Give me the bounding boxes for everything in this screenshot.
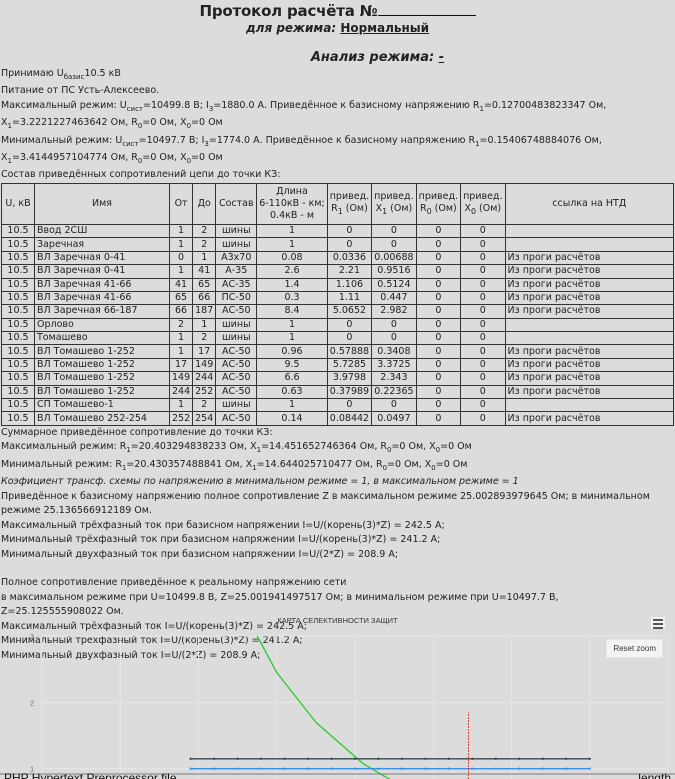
cell-r1: 1.106 xyxy=(327,278,371,291)
min-mode-line2: X1=3.4144957104774 Ом, R0=0 Ом, X0=0 Ом xyxy=(0,151,675,168)
cell-composition: АС-50 xyxy=(216,412,257,425)
col-name: Имя xyxy=(35,183,170,224)
cell-r0: 0 xyxy=(416,251,460,264)
cell-from: 2 xyxy=(170,318,193,331)
cell-name: ВЛ Заречная 0-41 xyxy=(35,265,170,278)
cell-to: 65 xyxy=(193,278,216,291)
cell-r0: 0 xyxy=(416,345,460,358)
cell-r1: 0 xyxy=(327,224,371,237)
cell-from: 1 xyxy=(170,399,193,412)
table-header-row: U, кВ Имя От До Состав Длина6-110кВ - км… xyxy=(2,183,674,224)
cell-x1: 0 xyxy=(372,238,416,251)
table-row: 10.5ВЛ Заречная 41-666566ПС-500.31.110.4… xyxy=(2,291,674,304)
cell-from: 1 xyxy=(170,345,193,358)
cell-x0: 0 xyxy=(461,291,505,304)
cell-length: 8.4 xyxy=(257,305,327,318)
mode-value: Нормальный xyxy=(340,21,429,35)
cell-to: 252 xyxy=(193,385,216,398)
cell-u: 10.5 xyxy=(2,412,35,425)
cell-composition: АС-50 xyxy=(216,345,257,358)
cell-u: 10.5 xyxy=(2,278,35,291)
chart-plot-area[interactable]: 123 xyxy=(0,612,675,779)
cell-length: 0.63 xyxy=(257,385,327,398)
mode-line: для режима: Нормальный xyxy=(0,21,675,36)
z-base-line1: Приведённое к базисному напряжению полно… xyxy=(0,490,675,505)
cell-name: Томашево xyxy=(35,332,170,345)
cell-x1: 0 xyxy=(372,332,416,345)
cell-x1: 0.00688 xyxy=(372,251,416,264)
cell-u: 10.5 xyxy=(2,372,35,385)
cell-to: 17 xyxy=(193,345,216,358)
cell-to: 66 xyxy=(193,291,216,304)
report-header: Протокол расчёта № для режима: Нормальны… xyxy=(0,1,675,67)
cell-composition: А3х70 xyxy=(216,251,257,264)
total-min-line: Минимальный режим: R1=20.430357488841 Ом… xyxy=(0,458,675,475)
cell-r0: 0 xyxy=(416,399,460,412)
cell-r1: 0.08442 xyxy=(327,412,371,425)
composition-label: Состав приведённых сопротивлений цепи до… xyxy=(0,168,675,183)
cell-x0: 0 xyxy=(461,238,505,251)
cell-r0: 0 xyxy=(416,224,460,237)
cell-composition: АС-50 xyxy=(216,372,257,385)
cell-to: 2 xyxy=(193,399,216,412)
cell-length: 1 xyxy=(257,332,327,345)
cell-length: 2.6 xyxy=(257,265,327,278)
cell-r1: 0 xyxy=(327,399,371,412)
real-z-line2: в максимальном режиме при U=10499.8 В, Z… xyxy=(0,591,675,606)
cell-x1: 0.9516 xyxy=(372,265,416,278)
total-max-line: Максимальный режим: R1=20.403294838233 О… xyxy=(0,440,675,457)
cell-to: 1 xyxy=(193,251,216,264)
cell-x0: 0 xyxy=(461,358,505,371)
cell-composition: АС-50 xyxy=(216,358,257,371)
cell-from: 1 xyxy=(170,332,193,345)
max-mode-line2: X1=3.2221227463642 Ом, R0=0 Ом, X0=0 Ом xyxy=(0,116,675,133)
cell-x1: 0.0497 xyxy=(372,412,416,425)
cell-x0: 0 xyxy=(461,372,505,385)
analysis-line: Анализ режима: - xyxy=(0,49,675,67)
cell-u: 10.5 xyxy=(2,265,35,278)
cell-ntd-ref xyxy=(505,332,673,345)
cell-name: ВЛ Томашево 1-252 xyxy=(35,358,170,371)
table-row: 10.5ВЛ Заречная 0-41141А-352.62.210.9516… xyxy=(2,265,674,278)
cell-r0: 0 xyxy=(416,332,460,345)
cell-length: 1 xyxy=(257,399,327,412)
analysis-value: - xyxy=(439,50,444,65)
cell-ntd-ref xyxy=(505,318,673,331)
cell-u: 10.5 xyxy=(2,238,35,251)
cell-to: 2 xyxy=(193,332,216,345)
cell-to: 149 xyxy=(193,358,216,371)
chart-title: КАРТА СЕЛЕКТИВНОСТИ ЗАЩИТ xyxy=(0,616,675,625)
cell-x1: 2.982 xyxy=(372,305,416,318)
selectivity-chart[interactable]: 123 КАРТА СЕЛЕКТИВНОСТИ ЗАЩИТ Reset zoom xyxy=(0,612,675,779)
table-row: 10.5ВЛ Заречная 66-18766187АС-508.45.065… xyxy=(2,305,674,318)
real-z-line1: Полное сопротивление приведённое к реаль… xyxy=(0,576,675,591)
cell-composition: А-35 xyxy=(216,265,257,278)
cell-from: 66 xyxy=(170,305,193,318)
table-row: 10.5ВЛ Томашево 1-252149244АС-506.63.979… xyxy=(2,372,674,385)
cell-r0: 0 xyxy=(416,238,460,251)
cell-name: СП Томашево-1 xyxy=(35,399,170,412)
cell-x1: 0 xyxy=(372,399,416,412)
cell-length: 0.96 xyxy=(257,345,327,358)
cell-x0: 0 xyxy=(461,305,505,318)
cell-r0: 0 xyxy=(416,265,460,278)
cell-to: 254 xyxy=(193,412,216,425)
cell-length: 0.14 xyxy=(257,412,327,425)
cell-ntd-ref xyxy=(505,399,673,412)
cell-x0: 0 xyxy=(461,412,505,425)
cell-to: 187 xyxy=(193,305,216,318)
cell-r1: 2.21 xyxy=(327,265,371,278)
cell-length: 0.3 xyxy=(257,291,327,304)
cell-u: 10.5 xyxy=(2,224,35,237)
table-row: 10.5ВЛ Заречная 0-4101А3х700.080.03360.0… xyxy=(2,251,674,264)
col-x1: привед.X1 (Ом) xyxy=(372,183,416,224)
cell-u: 10.5 xyxy=(2,305,35,318)
cell-x1: 0.3408 xyxy=(372,345,416,358)
cell-from: 0 xyxy=(170,251,193,264)
cell-r1: 5.0652 xyxy=(327,305,371,318)
cell-composition: шины xyxy=(216,238,257,251)
cell-ntd-ref: Из проги расчётов xyxy=(505,345,673,358)
supply-line: Питание от ПС Усть-Алексеево. xyxy=(0,84,675,99)
cell-composition: ПС-50 xyxy=(216,291,257,304)
min-mode-line1: Минимальный режим: Uсист=10497.7 В; I3=1… xyxy=(0,134,675,151)
cell-from: 65 xyxy=(170,291,193,304)
cell-r1: 0.37989 xyxy=(327,385,371,398)
cell-u: 10.5 xyxy=(2,358,35,371)
col-to: До xyxy=(193,183,216,224)
col-ntd-ref: ссылка на НТД xyxy=(505,183,673,224)
base-max-3ph: Максимальный трёхфазный ток при базисном… xyxy=(0,519,675,534)
cell-x1: 0 xyxy=(372,224,416,237)
table-row: 10.5Томашево12шины10000 xyxy=(2,332,674,345)
cell-to: 41 xyxy=(193,265,216,278)
col-length: Длина6-110кВ - км;0.4кВ - м xyxy=(257,183,327,224)
cell-name: ВЛ Томашево 1-252 xyxy=(35,345,170,358)
cell-r0: 0 xyxy=(416,278,460,291)
cell-from: 1 xyxy=(170,224,193,237)
cell-ntd-ref: Из проги расчётов xyxy=(505,358,673,371)
table-row: 10.5Заречная12шины10000 xyxy=(2,238,674,251)
cell-from: 1 xyxy=(170,238,193,251)
cell-composition: АС-35 xyxy=(216,278,257,291)
col-r1: привед.R1 (Ом) xyxy=(327,183,371,224)
cell-r0: 0 xyxy=(416,291,460,304)
cell-name: ВЛ Заречная 41-66 xyxy=(35,291,170,304)
cell-from: 244 xyxy=(170,385,193,398)
max-mode-line1: Максимальный режим: Uсист=10499.8 В; I3=… xyxy=(0,99,675,116)
cell-name: Ввод 2СШ xyxy=(35,224,170,237)
table-row: 10.5ВЛ Томашево 1-25217149АС-509.55.7285… xyxy=(2,358,674,371)
base-min-3ph: Минимальный трёхфазный ток при базисном … xyxy=(0,533,675,548)
cell-composition: шины xyxy=(216,224,257,237)
cell-u: 10.5 xyxy=(2,385,35,398)
cell-to: 2 xyxy=(193,224,216,237)
cell-ntd-ref: Из проги расчётов xyxy=(505,412,673,425)
cell-length: 1 xyxy=(257,318,327,331)
cell-x0: 0 xyxy=(461,345,505,358)
cell-length: 6.6 xyxy=(257,372,327,385)
cell-from: 149 xyxy=(170,372,193,385)
cell-composition: шины xyxy=(216,318,257,331)
cell-composition: шины xyxy=(216,399,257,412)
cell-r1: 0.0336 xyxy=(327,251,371,264)
cell-r0: 0 xyxy=(416,385,460,398)
cell-x0: 0 xyxy=(461,399,505,412)
table-row: 10.5ВЛ Томашево 1-252244252АС-500.630.37… xyxy=(2,385,674,398)
cell-length: 1 xyxy=(257,224,327,237)
cell-x1: 3.3725 xyxy=(372,358,416,371)
cell-name: ВЛ Заречная 66-187 xyxy=(35,305,170,318)
cell-x1: 2.343 xyxy=(372,372,416,385)
cell-from: 41 xyxy=(170,278,193,291)
cell-r1: 0.57888 xyxy=(327,345,371,358)
cell-x0: 0 xyxy=(461,224,505,237)
z-base-line2: режиме 25.136566912189 Ом. xyxy=(0,504,675,519)
cell-x0: 0 xyxy=(461,332,505,345)
cell-length: 1 xyxy=(257,238,327,251)
cell-r1: 0 xyxy=(327,238,371,251)
col-x0: привед.X0 (Ом) xyxy=(461,183,505,224)
cell-u: 10.5 xyxy=(2,332,35,345)
page-title: Протокол расчёта № xyxy=(0,1,675,21)
cell-name: ВЛ Томашево 1-252 xyxy=(35,385,170,398)
cell-to: 2 xyxy=(193,238,216,251)
cell-name: ВЛ Томашево 1-252 xyxy=(35,372,170,385)
cell-ntd-ref: Из проги расчётов xyxy=(505,265,673,278)
cell-x1: 0.22365 xyxy=(372,385,416,398)
cell-ntd-ref: Из проги расчётов xyxy=(505,385,673,398)
cell-x0: 0 xyxy=(461,385,505,398)
total-label: Суммарное приведённое сопротивление до т… xyxy=(0,426,675,441)
cell-ntd-ref xyxy=(505,224,673,237)
transform-coef: Коэфициент трансф. схемы по напряжению в… xyxy=(0,475,675,490)
cell-x0: 0 xyxy=(461,318,505,331)
cell-name: Заречная xyxy=(35,238,170,251)
col-u: U, кВ xyxy=(2,183,35,224)
cell-r0: 0 xyxy=(416,358,460,371)
table-row: 10.5СП Томашево-112шины10000 xyxy=(2,399,674,412)
cell-r0: 0 xyxy=(416,372,460,385)
cell-u: 10.5 xyxy=(2,291,35,304)
cell-x0: 0 xyxy=(461,251,505,264)
cell-r0: 0 xyxy=(416,412,460,425)
cell-x0: 0 xyxy=(461,278,505,291)
cell-x1: 0.5124 xyxy=(372,278,416,291)
cell-name: Орлово xyxy=(35,318,170,331)
cell-to: 244 xyxy=(193,372,216,385)
cell-r1: 3.9798 xyxy=(327,372,371,385)
base-min-2ph: Минимальный двухфазный ток при базисном … xyxy=(0,548,675,563)
col-r0: привед.R0 (Ом) xyxy=(416,183,460,224)
cell-r1: 0 xyxy=(327,332,371,345)
col-composition: Состав xyxy=(216,183,257,224)
reset-zoom-button[interactable]: Reset zoom xyxy=(606,639,663,658)
col-from: От xyxy=(170,183,193,224)
cell-u: 10.5 xyxy=(2,399,35,412)
cell-u: 10.5 xyxy=(2,318,35,331)
cell-x1: 0 xyxy=(372,318,416,331)
cell-name: ВЛ Томашево 252-254 xyxy=(35,412,170,425)
cell-name: ВЛ Заречная 0-41 xyxy=(35,251,170,264)
cell-x1: 0.447 xyxy=(372,291,416,304)
svg-text:3: 3 xyxy=(30,634,34,641)
cell-composition: шины xyxy=(216,332,257,345)
cell-r1: 1.11 xyxy=(327,291,371,304)
tooltip-filetype: PHP Hypertext Preprocessor file xyxy=(4,771,177,779)
cell-r1: 5.7285 xyxy=(327,358,371,371)
cell-u: 10.5 xyxy=(2,251,35,264)
cell-from: 252 xyxy=(170,412,193,425)
cell-r0: 0 xyxy=(416,318,460,331)
svg-text:2: 2 xyxy=(30,700,34,707)
cell-from: 1 xyxy=(170,265,193,278)
cell-ntd-ref: Из проги расчётов xyxy=(505,278,673,291)
cell-x0: 0 xyxy=(461,265,505,278)
cell-u: 10.5 xyxy=(2,345,35,358)
cell-composition: АС-50 xyxy=(216,385,257,398)
table-body: 10.5Ввод 2СШ12шины1000010.5Заречная12шин… xyxy=(2,224,674,425)
table-row: 10.5ВЛ Томашево 252-254252254АС-500.140.… xyxy=(2,412,674,425)
table-row: 10.5ВЛ Заречная 41-664165АС-351.41.1060.… xyxy=(2,278,674,291)
cell-r0: 0 xyxy=(416,305,460,318)
cell-composition: АС-50 xyxy=(216,305,257,318)
hamburger-menu-icon[interactable] xyxy=(651,617,665,629)
cell-name: ВЛ Заречная 41-66 xyxy=(35,278,170,291)
table-row: 10.5Ввод 2СШ12шины10000 xyxy=(2,224,674,237)
cell-ntd-ref: Из проги расчётов xyxy=(505,372,673,385)
table-row: 10.5ВЛ Томашево 1-252117АС-500.960.57888… xyxy=(2,345,674,358)
protocol-number-blank xyxy=(378,1,476,16)
cell-length: 0.08 xyxy=(257,251,327,264)
cell-ntd-ref: Из проги расчётов xyxy=(505,291,673,304)
cell-to: 1 xyxy=(193,318,216,331)
resistance-table: U, кВ Имя От До Состав Длина6-110кВ - км… xyxy=(1,183,674,426)
cell-ntd-ref: Из проги расчётов xyxy=(505,251,673,264)
cell-ntd-ref: Из проги расчётов xyxy=(505,305,673,318)
table-row: 10.5Орлово21шины10000 xyxy=(2,318,674,331)
tooltip-length: length xyxy=(638,771,671,779)
cell-length: 1.4 xyxy=(257,278,327,291)
cell-from: 17 xyxy=(170,358,193,371)
cell-ntd-ref xyxy=(505,238,673,251)
base-voltage: Принимаю Uбазис10.5 кВ xyxy=(0,67,675,84)
cell-length: 9.5 xyxy=(257,358,327,371)
cell-r1: 0 xyxy=(327,318,371,331)
